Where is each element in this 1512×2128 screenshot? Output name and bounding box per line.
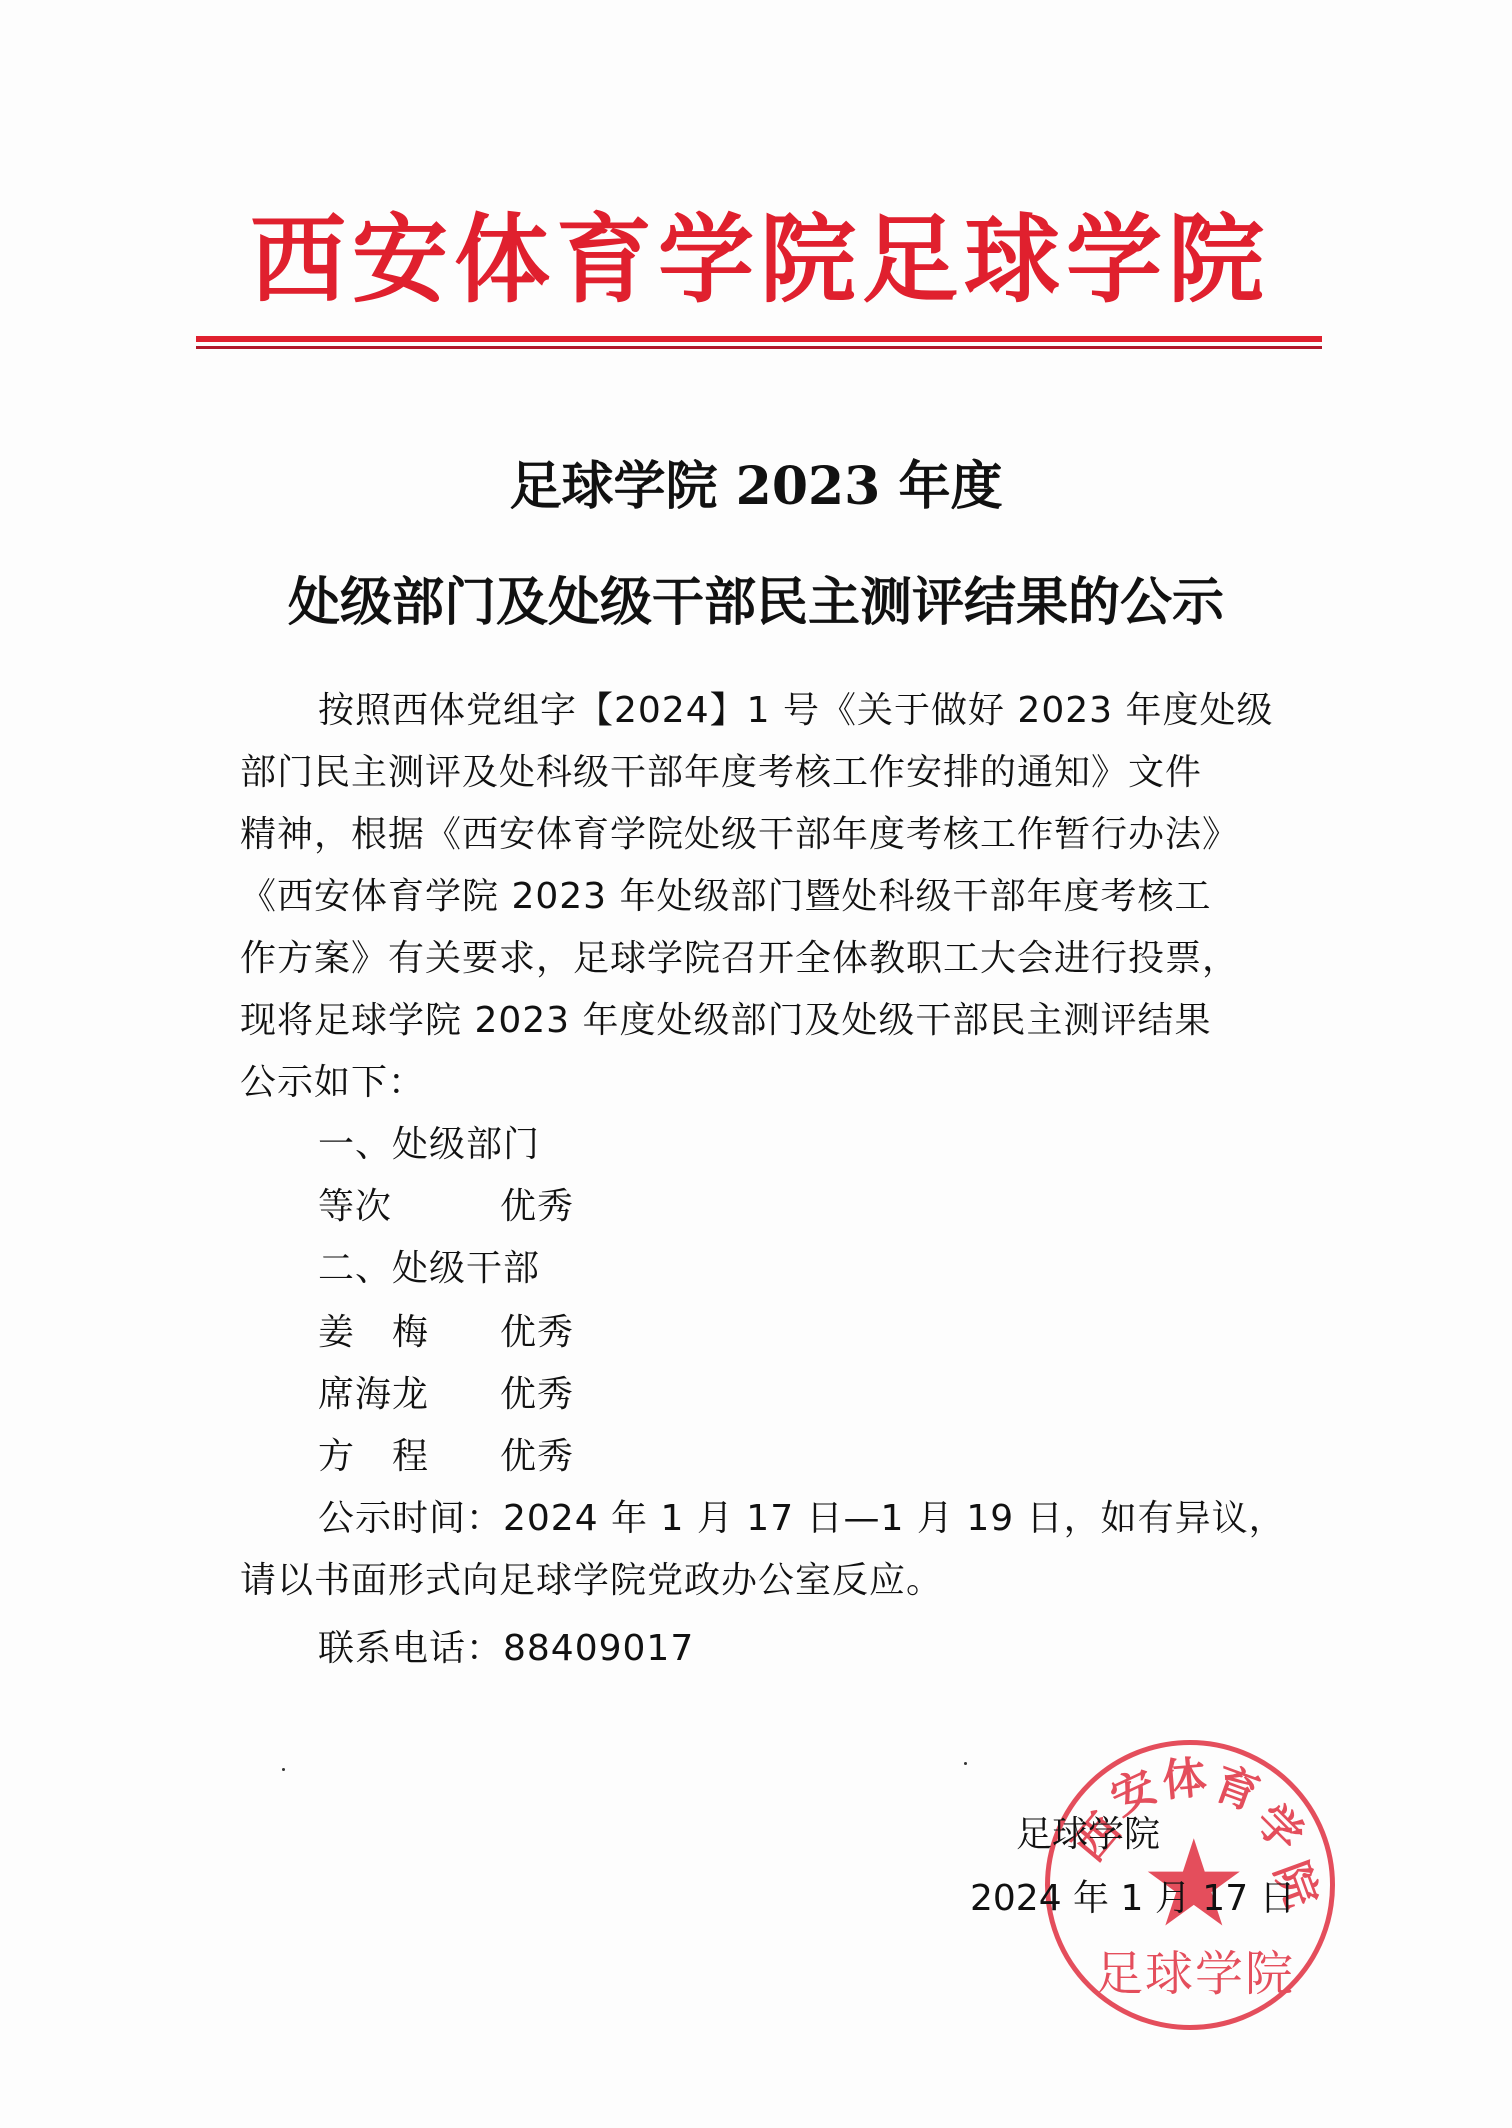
signature-date: 2024 年 1 月 17 日 (970, 1874, 1296, 1924)
document-title-line1: 足球学院 2023 年度 (0, 452, 1512, 522)
section1-row-label: 等次 (318, 1182, 392, 1232)
paragraph-line: 作方案》有关要求，足球学院召开全体教职工大会进行投票， (240, 934, 1239, 984)
scan-speck (964, 1762, 967, 1765)
seal-bottom-text: 足球学院 (1095, 1935, 1295, 2004)
cadre-name: 姜 梅 (318, 1308, 429, 1358)
paragraph-line: 精神，根据《西安体育学院处级干部年度考核工作暂行办法》 (240, 810, 1239, 860)
red-header-rule-thick (196, 336, 1322, 342)
red-header-rule-thin (196, 346, 1322, 349)
scan-speck (282, 1768, 285, 1771)
document-page: 西安体育学院足球学院 足球学院 2023 年度 处级部门及处级干部民主测评结果的… (0, 0, 1512, 2128)
document-title-line2: 处级部门及处级干部民主测评结果的公示 (0, 568, 1512, 638)
paragraph-line: 《西安体育学院 2023 年处级部门暨处科级干部年度考核工 (240, 872, 1212, 922)
signature-org: 足球学院 (1016, 1810, 1160, 1860)
cadre-name: 方 程 (318, 1432, 429, 1482)
cadre-rating: 优秀 (500, 1370, 574, 1420)
paragraph-line: 按照西体党组字【2024】1 号《关于做好 2023 年度处级 (318, 686, 1273, 736)
notice-objection-line: 请以书面形式向足球学院党政办公室反应。 (240, 1556, 943, 1606)
paragraph-line: 现将足球学院 2023 年度处级部门及处级干部民主测评结果 (240, 996, 1212, 1046)
section2-heading: 二、处级干部 (318, 1244, 540, 1294)
section1-heading: 一、处级部门 (318, 1120, 540, 1170)
seal-arc-char: 育 (1206, 1747, 1269, 1822)
cadre-rating: 优秀 (500, 1308, 574, 1358)
paragraph-line: 公示如下： (240, 1058, 425, 1108)
cadre-name: 席海龙 (318, 1370, 429, 1420)
cadre-rating: 优秀 (500, 1432, 574, 1482)
section1-row-value: 优秀 (500, 1182, 574, 1232)
notice-period-line: 公示时间：2024 年 1 月 17 日—1 月 19 日，如有异议， (318, 1494, 1286, 1544)
contact-phone: 联系电话：88409017 (318, 1624, 694, 1674)
seal-arc-char: 体 (1159, 1741, 1208, 1809)
masthead-title: 西安体育学院足球学院 (180, 205, 1340, 315)
paragraph-line: 部门民主测评及处科级干部年度考核工作安排的通知》文件 (240, 748, 1202, 798)
